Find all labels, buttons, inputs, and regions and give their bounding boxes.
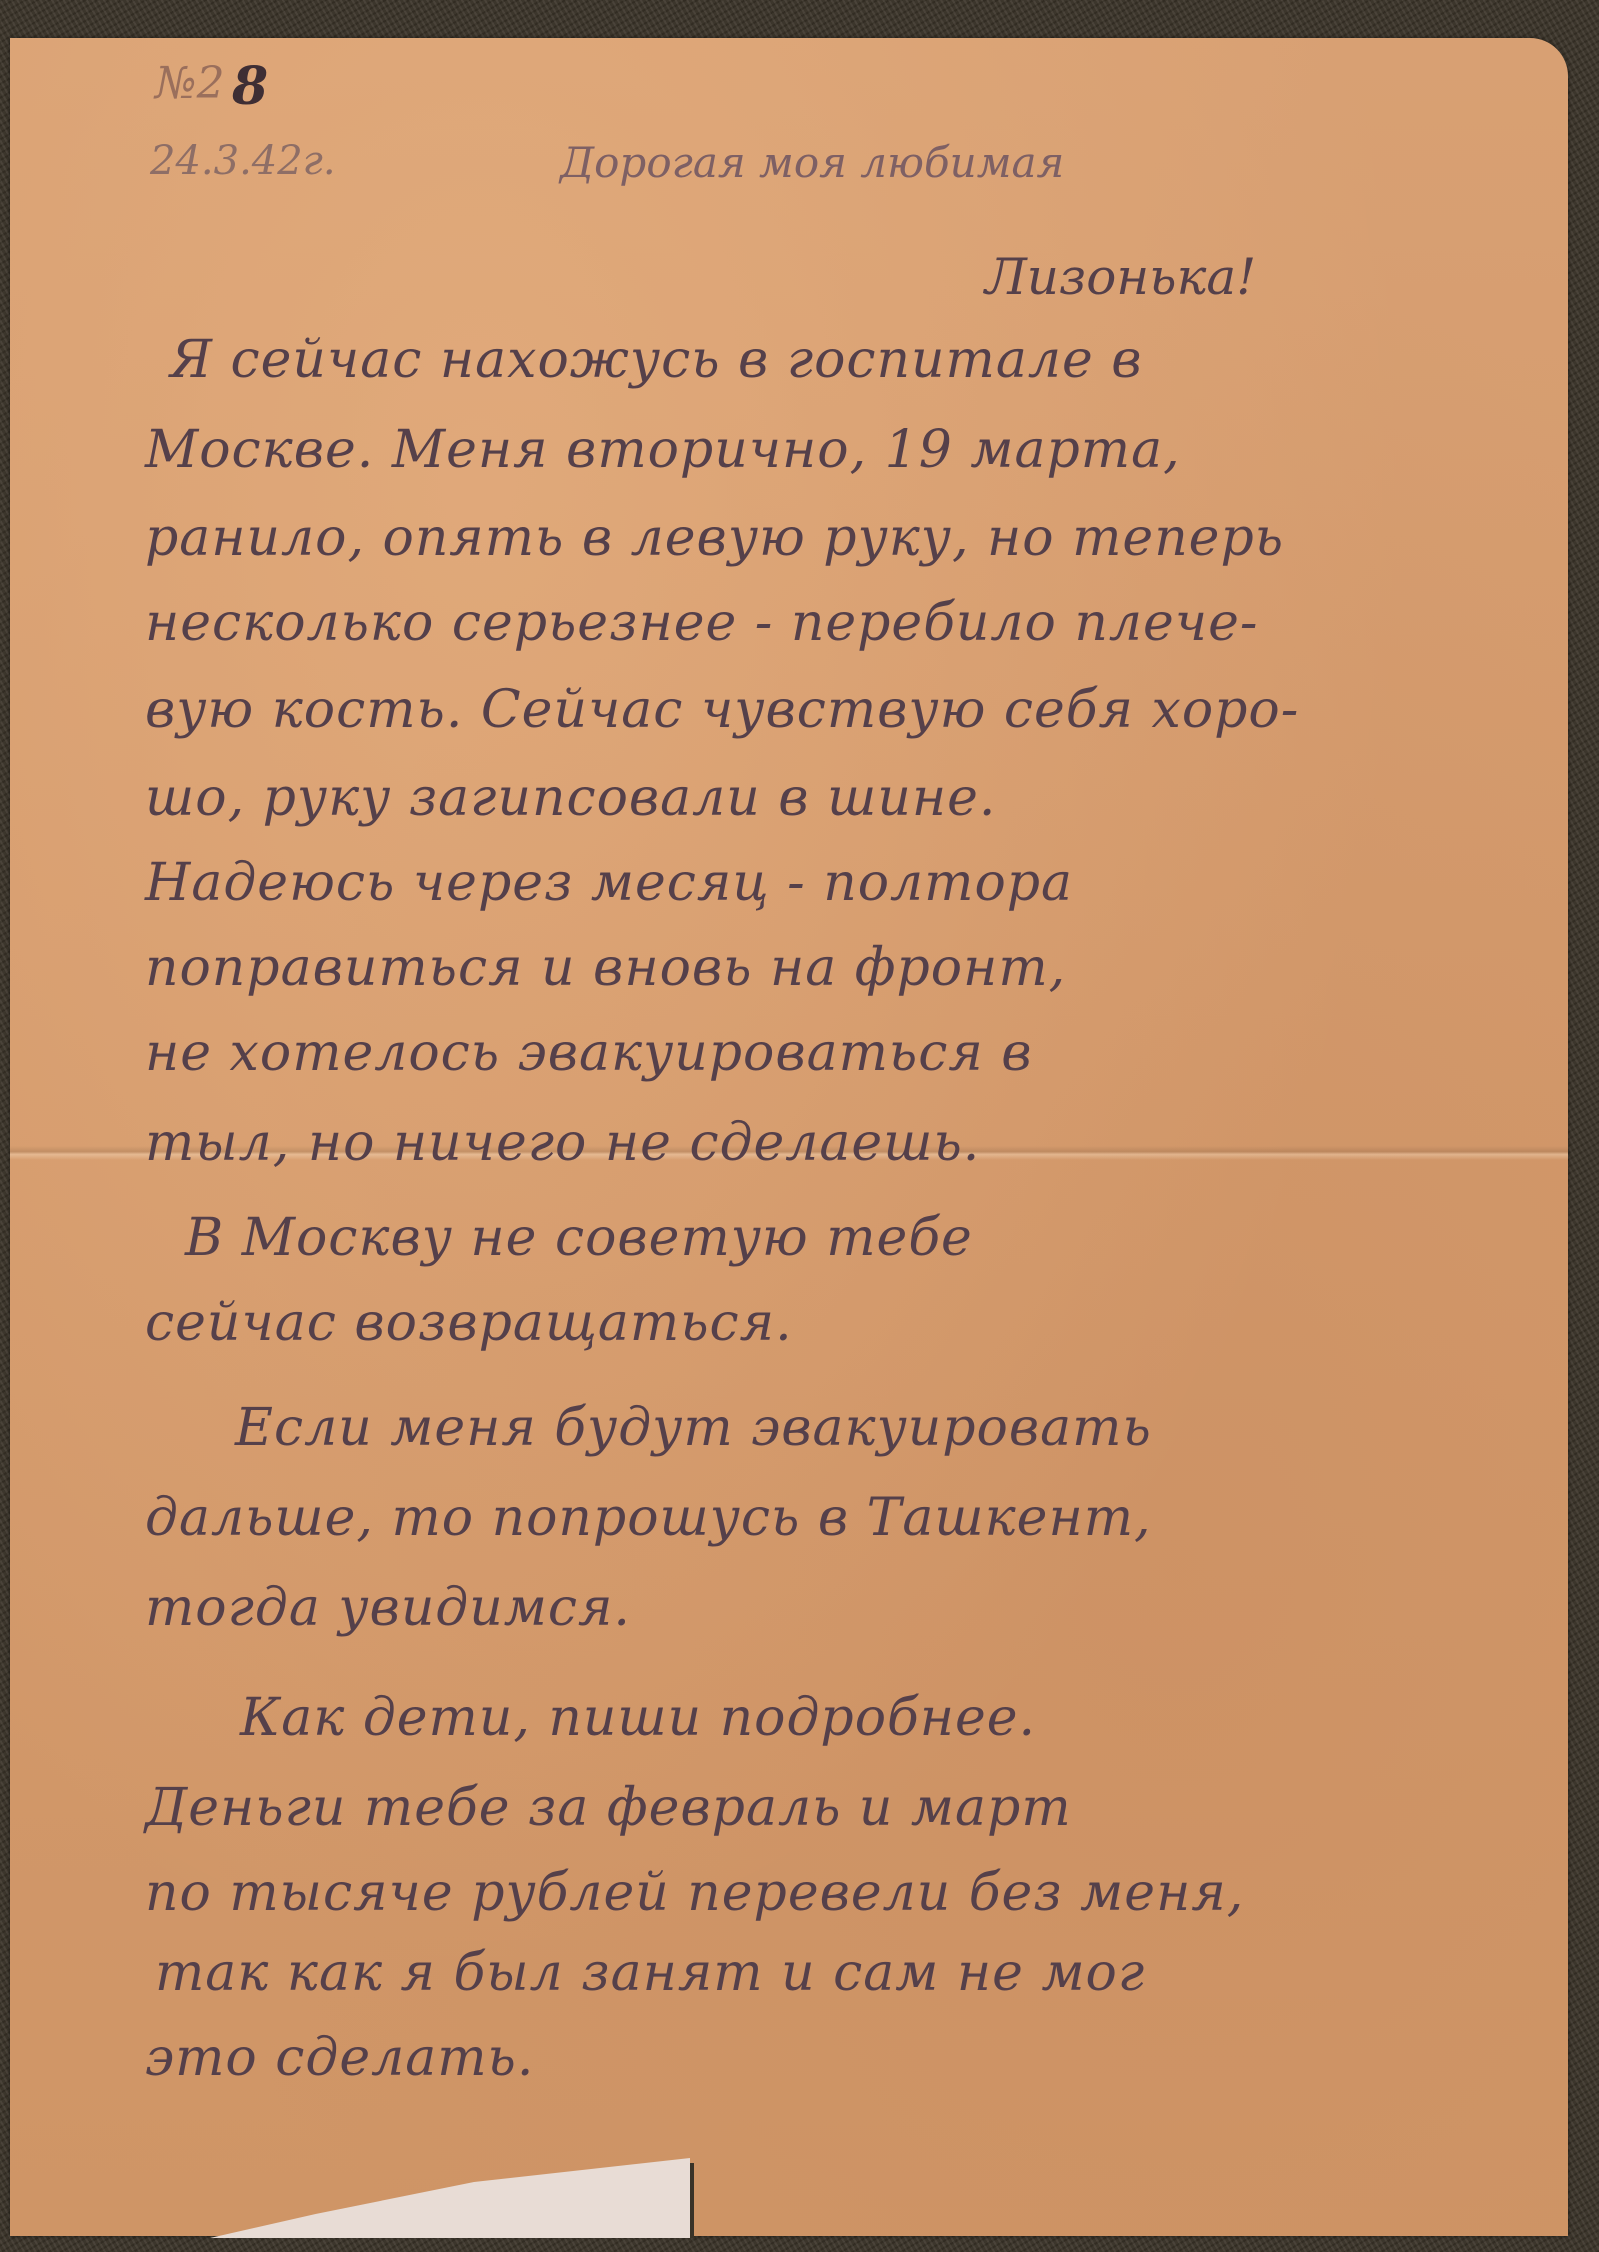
letter-line: В Москву не советую тебе (185, 1208, 973, 1268)
paper-tear-notch (690, 2163, 694, 2238)
letter-line: Как дети, пиши подробнее. (240, 1688, 1036, 1748)
salutation-line-1: Дорогая моя любимая (560, 138, 1064, 187)
archive-number-pencil: №2 (155, 58, 225, 109)
letter-line: несколько серьезнее - перебило плече- (145, 593, 1258, 653)
salutation-line-2: Лизонька! (985, 248, 1256, 306)
letter-line: вую кость. Сейчас чувствую себя хоро- (145, 680, 1299, 740)
letter-line: шо, руку загипсовали в шине. (145, 768, 996, 828)
letter-line: по тысяче рублей перевели без меня, (145, 1863, 1244, 1923)
letter-date: 24.3.42г. (150, 138, 336, 184)
letter-line: поправиться и вновь на фронт, (145, 938, 1066, 998)
letter-line: не хотелось эвакуироваться в (145, 1023, 1033, 1083)
letter-line: Надеюсь через месяц - полтора (145, 853, 1073, 913)
letter-paper: №2 8 24.3.42г. Дорогая моя любимая Лизон… (10, 38, 1568, 2236)
archive-number-ink: 8 (232, 56, 268, 117)
letter-line: так как я был занят и сам не мог (155, 1943, 1145, 2003)
letter-line: сейчас возвращаться. (145, 1293, 793, 1353)
letter-line: тогда увидимся. (145, 1578, 631, 1638)
letter-line: Москве. Меня вторично, 19 марта, (145, 420, 1181, 480)
letter-line: дальше, то попрошусь в Ташкент, (145, 1488, 1152, 1548)
letter-line: тыл, но ничего не сделаешь. (145, 1113, 980, 1173)
letter-line: Я сейчас нахожусь в госпитале в (170, 330, 1143, 390)
letter-line: Деньги тебе за февраль и март (145, 1778, 1072, 1838)
torn-corner (210, 2158, 690, 2238)
letter-line: Если меня будут эвакуировать (235, 1398, 1152, 1458)
letter-line: ранило, опять в левую руку, но теперь (145, 508, 1284, 568)
letter-line: это сделать. (145, 2028, 534, 2088)
